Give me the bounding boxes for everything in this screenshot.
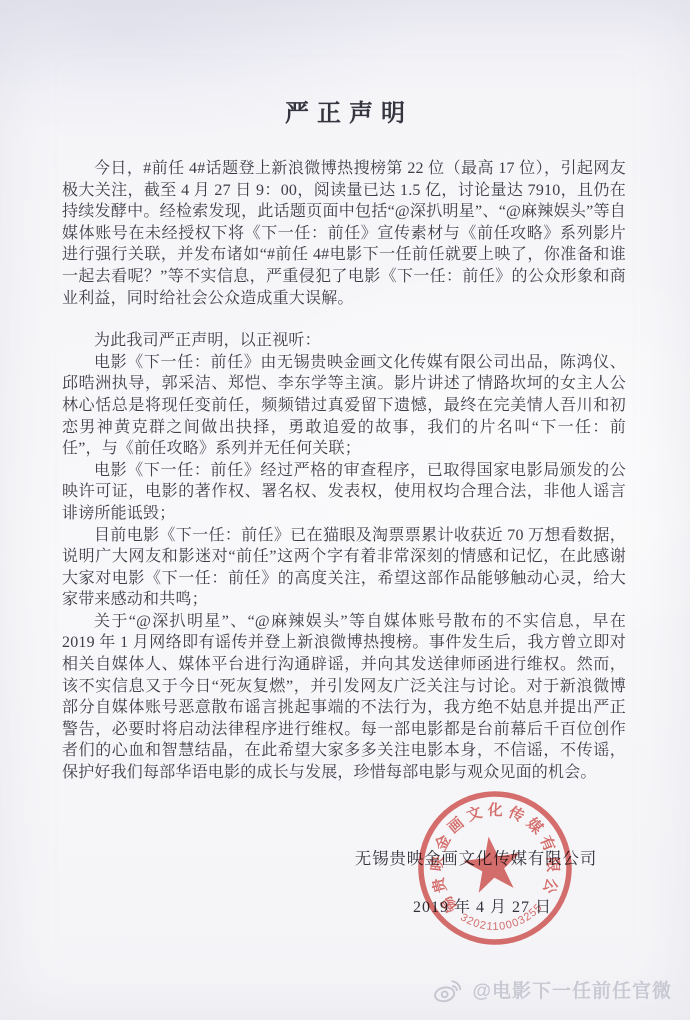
company-seal: 无锡贵映金画文化传媒有限公司 3202110003255	[399, 772, 591, 964]
paragraph-declaration-lead: 为此我司严正声明，以正视听：	[62, 330, 626, 352]
paragraph-legal-rights: 电影《下一任：前任》经过严格的审查程序，已取得国家电影局颁发的公映许可证，电影的…	[62, 460, 626, 525]
statement-body: 今日，#前任 4#话题登上新浪微博热搜榜第 22 位（最高 17 位），引起网友…	[0, 158, 690, 784]
paragraph-film-description: 电影《下一任：前任》由无锡贵映金画文化传媒有限公司出品，陈鸿仪、邱晧洲执导，郭采…	[62, 352, 626, 460]
paragraph-rumor-response: 关于“@深扒明星”、“@麻辣娱头”等自媒体账号散布的不实信息，早在 2019 年…	[62, 611, 626, 784]
weibo-icon	[432, 976, 465, 1003]
watermark-handle: @电影下一任前任官微	[472, 976, 672, 1003]
seal-star	[460, 833, 524, 895]
weibo-watermark: @电影下一任前任官微	[432, 976, 672, 1003]
statement-title: 严正声明	[0, 0, 690, 128]
paragraph-box-office: 目前电影《下一任：前任》已在猫眼及淘票票累计收获近 70 万想看数据，说明广大网…	[62, 525, 626, 611]
paragraph-intro: 今日，#前任 4#话题登上新浪微博热搜榜第 22 位（最高 17 位），引起网友…	[62, 158, 626, 309]
statement-document: 严正声明 今日，#前任 4#话题登上新浪微博热搜榜第 22 位（最高 17 位）…	[0, 0, 690, 1020]
